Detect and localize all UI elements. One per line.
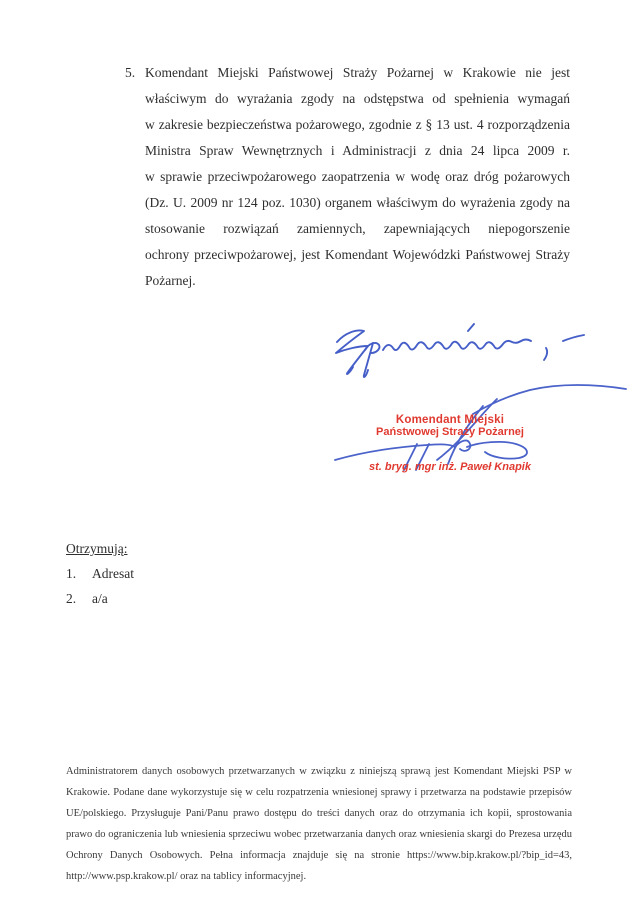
recipient-label: a/a — [92, 591, 108, 606]
footer-line: prawo do ograniczenia lub wniesienia spr… — [66, 824, 572, 845]
recipient-item: 2.a/a — [66, 591, 108, 607]
recipient-number: 2. — [66, 591, 92, 607]
privacy-footer: Administratorem danych osobowych przetwa… — [66, 761, 572, 887]
footer-line: Krakowie. Podane dane wykorzystuje się w… — [66, 782, 572, 803]
recipient-item: 1.Adresat — [66, 566, 134, 582]
recipient-number: 1. — [66, 566, 92, 582]
footer-line: http://www.psp.krakow.pl/ oraz na tablic… — [66, 866, 572, 887]
paragraph-number: 5. — [125, 60, 135, 86]
paragraph-line: stosowanie rozwiązań zamiennych, zapewni… — [145, 216, 570, 242]
numbered-paragraph: Komendant Miejski Państwowej Straży Poża… — [145, 60, 570, 294]
recipient-label: Adresat — [92, 566, 134, 581]
footer-line: Administratorem danych osobowych przetwa… — [66, 761, 572, 782]
official-stamp: Komendant Miejski Państwowej Straży Poża… — [362, 414, 538, 438]
paragraph-line: Komendant Miejski Państwowej Straży Poża… — [145, 60, 570, 86]
paragraph-line: w zakresie bezpieczeństwa pożarowego, zg… — [145, 112, 570, 138]
handwritten-greeting-text: Z poważaniem, - — [0, 0, 1, 1]
recipients-heading: Otrzymują: — [66, 541, 127, 557]
paragraph-line: właściwym do wyrażania zgody na odstępst… — [145, 86, 570, 112]
paragraph-line: w sprawie przeciwpożarowego zaopatrzenia… — [145, 164, 570, 190]
footer-line: UE/polskiego. Przysługuje Pani/Panu praw… — [66, 803, 572, 824]
stamp-title-line1: Komendant Miejski — [362, 414, 538, 426]
stamp-title-line2: Państwowej Straży Pożarnej — [362, 426, 538, 438]
stamp-name-line: st. bryg. mgr inż. Paweł Knapik — [352, 461, 548, 473]
paragraph-line: (Dz. U. 2009 nr 124 poz. 1030) organem w… — [145, 190, 570, 216]
paragraph-line: Ministra Spraw Wewnętrznych i Administra… — [145, 138, 570, 164]
document-page: 5. Komendant Miejski Państwowej Straży P… — [0, 0, 629, 903]
paragraph-line: ochrony przeciwpożarowej, jest Komendant… — [145, 242, 570, 268]
paragraph-line: Pożarnej. — [145, 268, 570, 294]
footer-line: Ochrony Danych Osobowych. Pełna informac… — [66, 845, 572, 866]
handwritten-greeting — [336, 324, 584, 377]
